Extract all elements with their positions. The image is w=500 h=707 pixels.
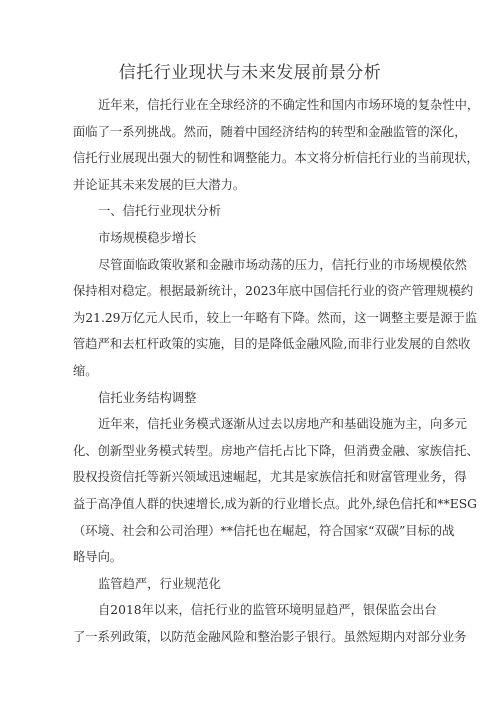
text-line: 管趋严和去杠杆政策的实施，目的是降低金融风险,而非行业发展的自然收 bbox=[73, 331, 431, 358]
regulation-paragraph: 自2018年以来，信托行业的监管环境明显趋严，银保监会出台 了一系列政策，以防范… bbox=[73, 597, 431, 650]
text-line: 了一系列政策，以防范金融风险和整治影子银行。虽然短期内对部分业务 bbox=[73, 624, 431, 651]
document-page: 信托行业现状与未来发展前景分析 近年来，信托行业在全球经济的不确定性和国内市场环… bbox=[0, 0, 500, 707]
intro-paragraph: 近年来，信托行业在全球经济的不确定性和国内市场环境的复杂性中， 面临了一系列挑战… bbox=[73, 92, 431, 198]
text-line: 益于高净值人群的快速增长,成为新的行业增长点。此外,绿色信托和**ESG bbox=[73, 491, 431, 518]
text-line: 化、创新型业务模式转型。房地产信托占比下降，但消费金融、家族信托、 bbox=[73, 438, 431, 465]
text-line: 自2018年以来，信托行业的监管环境明显趋严，银保监会出台 bbox=[73, 597, 431, 624]
subsection-heading: 监管趋严，行业规范化 bbox=[73, 571, 431, 598]
text-line: 近年来，信托行业在全球经济的不确定性和国内市场环境的复杂性中， bbox=[73, 92, 431, 119]
subsection-heading: 信托业务结构调整 bbox=[73, 385, 431, 412]
text-line: 为21.29万亿元人民币，较上一年略有下降。然而，这一调整主要是源于监 bbox=[73, 305, 431, 332]
text-line: （环境、社会和公司治理）**信托也在崛起，符合国家“双碳”目标的战 bbox=[73, 518, 431, 545]
text-line: 尽管面临政策收紧和金融市场动荡的压力，信托行业的市场规模依然 bbox=[73, 252, 431, 279]
text-line: 面临了一系列挑战。然而，随着中国经济结构的转型和金融监管的深化， bbox=[73, 119, 431, 146]
text-line: 缩。 bbox=[73, 358, 431, 385]
business-structure-paragraph: 近年来，信托业务模式逐渐从过去以房地产和基础设施为主，向多元 化、创新型业务模式… bbox=[73, 411, 431, 571]
subsection-heading: 市场规模稳步增长 bbox=[73, 225, 431, 252]
document-title: 信托行业现状与未来发展前景分析 bbox=[0, 62, 500, 84]
text-line: 近年来，信托业务模式逐渐从过去以房地产和基础设施为主，向多元 bbox=[73, 411, 431, 438]
text-line: 略导向。 bbox=[73, 544, 431, 571]
document-body: 近年来，信托行业在全球经济的不确定性和国内市场环境的复杂性中， 面临了一系列挑战… bbox=[73, 92, 431, 650]
section-heading: 一、信托行业现状分析 bbox=[73, 198, 431, 225]
text-line: 信托行业展现出强大的韧性和调整能力。本文将分析信托行业的当前现状， bbox=[73, 145, 431, 172]
text-line: 股权投资信托等新兴领域迅速崛起，尤其是家族信托和财富管理业务，得 bbox=[73, 464, 431, 491]
text-line: 保持相对稳定。根据最新统计，2023年底中国信托行业的资产管理规模约 bbox=[73, 278, 431, 305]
market-scale-paragraph: 尽管面临政策收紧和金融市场动荡的压力，信托行业的市场规模依然 保持相对稳定。根据… bbox=[73, 252, 431, 385]
text-line: 并论证其未来发展的巨大潜力。 bbox=[73, 172, 431, 199]
